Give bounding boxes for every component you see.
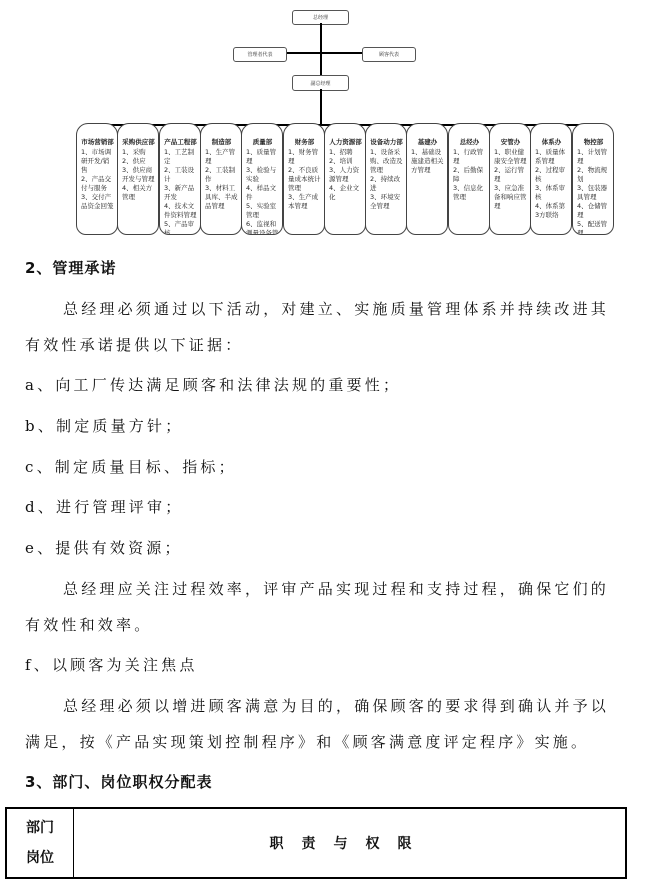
org-department-box: 市场营销部1、市场调研开发/销售2、产品交付与服务3、交付产品资金回笼 [76, 123, 118, 235]
department-duty: 4、仓储管理 [577, 202, 610, 220]
department-duty: 2、后勤保障 [453, 166, 486, 184]
org-department-box: 采购供应部1、采购2、供应3、供应商开发与管理4、相关方管理 [117, 123, 159, 235]
department-duty: 1、计划管理 [577, 148, 610, 166]
org-department-box: 总经办1、行政管理2、后勤保障3、信息化管理 [448, 123, 490, 235]
department-duty: 3、生产成本管理 [288, 193, 321, 211]
department-duty: 1、质量体系管理 [535, 148, 568, 166]
department-duty: 2、运行管理 [494, 166, 527, 184]
department-duty: 1、招聘 [329, 148, 362, 157]
department-duty: 1、生产管理 [205, 148, 238, 166]
org-department-box: 物控部1、计划管理2、物流规划3、包装器具管理4、仓储管理5、配送管理 [572, 123, 614, 235]
paragraph: 总经理必须通过以下活动，对建立、实施质量管理体系并持续改进其 [63, 298, 609, 319]
department-duty: 2、供应 [122, 157, 155, 166]
department-title: 基建办 [411, 138, 444, 147]
list-item: a、向工厂传达满足顾客和法律法规的重要性； [25, 374, 401, 395]
org-department-box: 安管办1、职业健康安全管理2、运行管理3、应急准备和响应管理 [489, 123, 531, 235]
org-node-label: 管理者代表 [247, 51, 272, 58]
department-duty: 5、配送管理 [577, 220, 610, 235]
header-label: 岗位 [7, 843, 73, 873]
department-title: 采购供应部 [122, 138, 155, 147]
department-duty: 2、物流规划 [577, 166, 610, 184]
department-duty: 2、工装制作 [205, 166, 238, 184]
department-duty: 2、产品交付与服务 [81, 175, 114, 193]
connector [320, 89, 322, 125]
department-duty: 1、职业健康安全管理 [494, 148, 527, 166]
department-duty: 3、检验与实验 [246, 166, 279, 184]
department-duty: 3、材料工具库、半成品管理 [205, 184, 238, 211]
department-duty: 1、市场调研开发/销售 [81, 148, 114, 175]
dept-position-header: 部门 岗位 [6, 808, 74, 878]
department-title: 安管办 [494, 138, 527, 147]
department-duty: 1、财务管理 [288, 148, 321, 166]
connector [285, 52, 363, 54]
org-node-label: 顾客代表 [379, 51, 399, 58]
department-duty: 3、供应商开发与管理 [122, 166, 155, 184]
org-department-box: 人力资源部1、招聘2、培训3、人力资源管理4、企业文化 [324, 123, 366, 235]
paragraph: 有效性和效率。 [25, 614, 152, 635]
section-heading: 3、部门、岗位职权分配表 [25, 771, 212, 792]
department-duty: 4、体系第3方联络 [535, 202, 568, 220]
department-title: 总经办 [453, 138, 486, 147]
department-duty: 5、产品审核 [164, 220, 197, 235]
department-duty: 1、行政管理 [453, 148, 486, 166]
department-title: 设备动力部 [370, 138, 403, 147]
org-department-box: 质量部1、质量管理3、检验与实验4、样品文件5、实验室管理6、监视和测量设备管理 [241, 123, 283, 235]
department-duty: 4、相关方管理 [122, 184, 155, 202]
department-title: 物控部 [577, 138, 610, 147]
org-node-customer-rep: 顾客代表 [362, 47, 416, 62]
department-title: 人力资源部 [329, 138, 362, 147]
department-duty: 3、环境安全管理 [370, 193, 403, 211]
department-duty: 1、工艺制定 [164, 148, 197, 166]
department-title: 质量部 [246, 138, 279, 147]
paragraph: 满足，按《产品实现策划控制程序》和《顾客满意度评定程序》实施。 [25, 731, 589, 752]
paragraph: 有效性承诺提供以下证据： [25, 334, 243, 355]
department-duty: 3、新产品开发 [164, 184, 197, 202]
org-node-management-rep: 管理者代表 [233, 47, 287, 62]
department-duty: 3、人力资源管理 [329, 166, 362, 184]
department-duty: 1、基础设施建造相关方管理 [411, 148, 444, 175]
org-department-box: 财务部1、财务管理2、不良质量成本统计管理3、生产成本管理 [283, 123, 325, 235]
connector [320, 23, 322, 75]
department-duty: 2、过程审核 [535, 166, 568, 184]
department-duty: 3、包装器具管理 [577, 184, 610, 202]
department-duty: 5、实验室管理 [246, 202, 279, 220]
org-node-label: 副总经理 [310, 80, 330, 87]
list-item: f、以顾客为关注焦点 [25, 654, 198, 675]
org-department-box: 基建办1、基础设施建造相关方管理 [406, 123, 448, 235]
department-title: 财务部 [288, 138, 321, 147]
duties-header: 职责与权限 [74, 808, 627, 878]
department-duty: 4、技术文件资料管理 [164, 202, 197, 220]
department-duty: 2、工装设计 [164, 166, 197, 184]
department-duty: 2、培训 [329, 157, 362, 166]
org-department-box: 体系办1、质量体系管理2、过程审核3、体系审核4、体系第3方联络 [530, 123, 572, 235]
department-duty: 1、设备采购、改造及管理 [370, 148, 403, 175]
responsibility-table: 部门 岗位 职责与权限 [5, 807, 627, 879]
org-node-label: 总经理 [313, 14, 328, 21]
department-title: 产品工程部 [164, 138, 197, 147]
org-department-box: 产品工程部1、工艺制定2、工装设计3、新产品开发4、技术文件资料管理5、产品审核 [159, 123, 201, 235]
paragraph: 总经理应关注过程效率，评审产品实现过程和支持过程，确保它们的 [63, 578, 609, 599]
section-heading: 2、管理承诺 [25, 257, 116, 278]
department-duty: 1、质量管理 [246, 148, 279, 166]
org-department-box: 设备动力部1、设备采购、改造及管理2、持续改进3、环境安全管理 [365, 123, 407, 235]
paragraph: 总经理必须以增进顾客满意为目的，确保顾客的要求得到确认并予以 [63, 695, 609, 716]
department-duty: 4、样品文件 [246, 184, 279, 202]
department-duty: 1、采购 [122, 148, 155, 157]
department-duty: 2、持续改进 [370, 175, 403, 193]
department-duty: 3、应急准备和响应管理 [494, 184, 527, 211]
list-item: d、进行管理评审； [25, 496, 183, 517]
list-item: c、制定质量目标、指标； [25, 456, 237, 477]
department-title: 体系办 [535, 138, 568, 147]
department-duty: 6、监视和测量设备管理 [246, 220, 279, 235]
department-title: 市场营销部 [81, 138, 114, 147]
department-duty: 3、交付产品资金回笼 [81, 193, 114, 211]
org-department-box: 制造部1、生产管理2、工装制作3、材料工具库、半成品管理 [200, 123, 242, 235]
header-label: 部门 [7, 813, 73, 843]
table-header-row: 部门 岗位 职责与权限 [6, 808, 626, 878]
department-duty: 3、体系审核 [535, 184, 568, 202]
department-duty: 2、不良质量成本统计管理 [288, 166, 321, 193]
department-duty: 3、信息化管理 [453, 184, 486, 202]
list-item: e、提供有效资源； [25, 537, 183, 558]
list-item: b、制定质量方针； [25, 415, 183, 436]
department-duty: 4、企业文化 [329, 184, 362, 202]
department-title: 制造部 [205, 138, 238, 147]
